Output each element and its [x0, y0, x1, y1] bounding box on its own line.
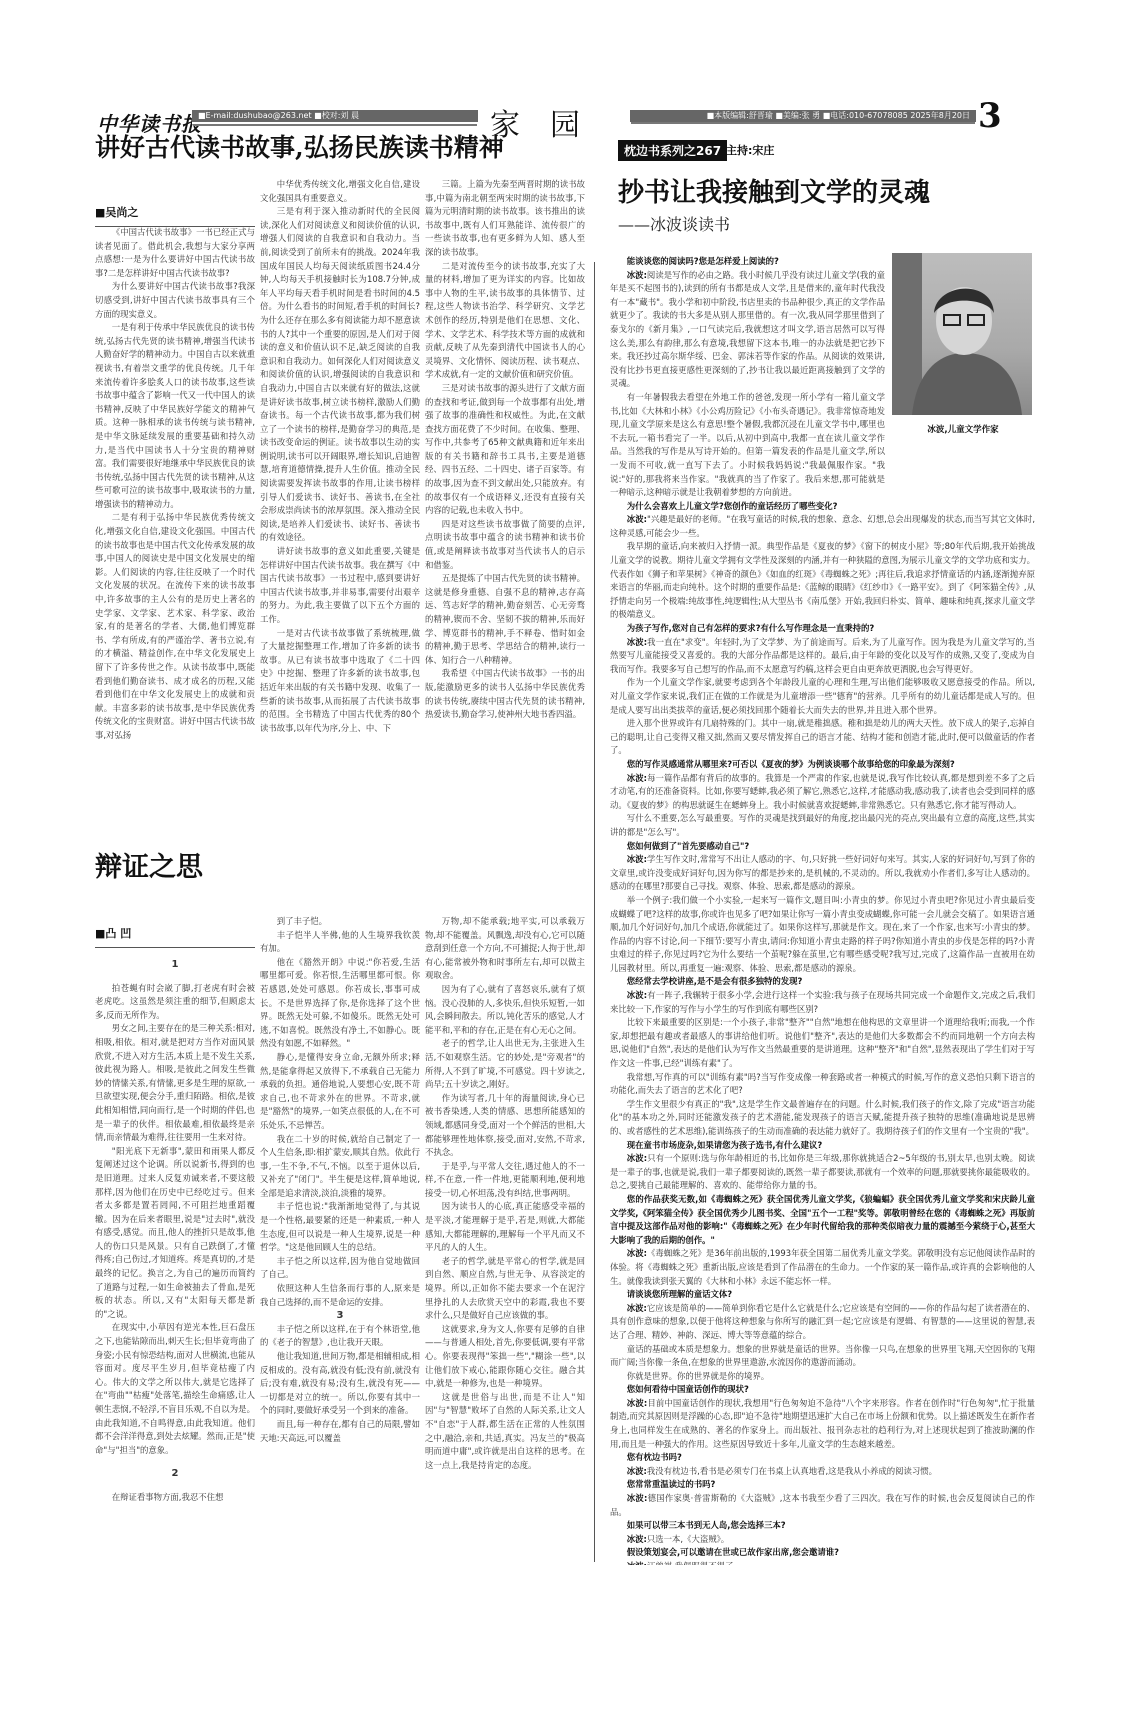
paragraph: 三篇。上篇为先秦至两晋时期的读书故事,中篇为南北朝至两宋时期的读书故事,下篇为元…	[425, 178, 585, 260]
interview-question: 为孩子写作,您对自己有怎样的要求?有什么写作理念是一直秉持的?	[610, 622, 1035, 636]
column-divider	[594, 262, 595, 1562]
speaker-label: 冰波:	[627, 270, 647, 280]
article2-column-3: 万物,却不能承载;地平实,可以承载万物,却不能覆盖。风飘逸,却没有心,它可以随意…	[425, 915, 585, 1590]
interview-question: 请谈谈您所理解的童话文体?	[610, 1288, 1035, 1302]
paragraph: "阳光底下无新事",蒙田和雨果人都反复阐述过这个论调。所以说新书,得到的也是旧道…	[95, 1145, 255, 1322]
paragraph: 丰子恺也说:"我渐渐地觉得了,与其说是一个性格,最要紧的还是一种素质,一种人生态…	[260, 1200, 420, 1254]
interview-question: 如果可以带三本书到无人岛,您会选择三本?	[610, 1519, 1035, 1533]
paragraph: 于是乎,与平常人交往,遇过他人的不一样,不在意,一件一件地,更能顺利地,便利地接…	[425, 1160, 585, 1201]
paragraph: 学生作文里很少有真正的"我",这是学生作文最普遍存在的问题。什么时候,我们孩子的…	[610, 1098, 1035, 1139]
interview-question: 您的写作灵感通常从哪里来?可否以《夏夜的梦》为例谈谈哪个故事给您的印象最为深刻?	[610, 758, 1035, 772]
masthead-editor-bar: ■本版编辑:舒晋瑜 ■美编:张 勇 ■电话:010-67078085 2025年…	[630, 110, 976, 122]
paragraph: 《中国古代读书故事》一书已经正式与读者见面了。借此机会,我想与大家分享两点感想:…	[95, 226, 255, 280]
paragraph: 我常想,写作真的可以"训练有素"吗?当写作变成像一种套路或者一种模式的时候,写作…	[610, 1071, 1035, 1098]
interview-answer: 冰波:它应该是简单的——简单到你看它是什么它就是什么;它应该是有空间的——你的作…	[610, 1302, 1035, 1343]
paragraph: 这就是世俗与出世,而是不让人"知因"与"智慧"败坏了自然的人际关系,让文人不"自…	[425, 1391, 585, 1473]
page-number: 3	[978, 96, 1002, 136]
paragraph: 拍苍蝇有时会崴了脚,打老虎有时会被老虎吃。这虽然是须注重的细节,但顾虑太多,反而…	[95, 982, 255, 1023]
article2-column-1: 1拍苍蝇有时会崴了脚,打老虎有时会被老虎吃。这虽然是须注重的细节,但顾虑太多,反…	[95, 948, 255, 1588]
article1-column-2: 中华优秀传统文化,增强文化自信,建设文化强国具有重要意义。三是有利于深入推动新时…	[260, 178, 420, 798]
section-title: 家园	[490, 100, 610, 144]
article3-headline: 抄书让我接触到文学的灵魂	[618, 172, 930, 209]
speaker-label: 冰波:	[627, 637, 647, 647]
paragraph: 作为一个儿童文学作家,就要考虑到各个年龄段儿童的心理和生理,写出他们能够吸收又愿…	[610, 676, 1035, 717]
paragraph: 他让我知道,世间万物,都是相辅相成,相反相成的。没有高,就没有低;没有前,就没有…	[260, 1350, 420, 1418]
speaker-label: 冰波:	[627, 1248, 647, 1258]
paragraph: 三是对读书故事的源头进行了文献方面的查找和考证,做到每一个故事都有出处,增强了故…	[425, 382, 585, 518]
interview-answer: 冰波:只选一本,《大盗贼》。	[610, 1533, 1035, 1547]
interview-answer: 冰波:每一篇作品都有背后的故事的。我算是一个严肃的作家,也就是说,我写作比较认真…	[610, 772, 1035, 813]
interview-question: 您如何看待中国童话创作的现状?	[610, 1383, 1035, 1397]
paragraph: 老子的哲学,就是平常心的哲学,就是回到自然、顺应自然,与世无争、从容淡定的境界。…	[425, 1255, 585, 1323]
paragraph: 丰子恺之所以这样,在于有个林语堂,他的《老子的智慧》,也让我开天眼。	[260, 1323, 420, 1350]
paragraph: 讲好读书故事的意义如此重要,关键是怎样讲好中国古代读书故事。我在撰写《中国古代读…	[260, 545, 420, 627]
article2-byline: ■凸 凹	[95, 925, 255, 948]
paragraph: 为什么要讲好中国古代读书故事?我深切感受到,讲好中国古代读书故事具有三个方面的现…	[95, 280, 255, 321]
paragraph: 进入那个世界或许有几扇特殊的门。其中一扇,就是稚拙感。稚和拙是幼儿的两大天性。放…	[610, 717, 1035, 758]
paragraph: 有一年暑假我去看望在外地工作的爸爸,发现一所小学有一箱儿童文学书,比如《大林和小…	[610, 391, 885, 500]
speaker-label: 冰波:	[627, 773, 647, 783]
paragraph: 我早期的童话,向来被归入抒情一派。典型作品是《夏夜的梦》《窗下的树皮小屋》等;8…	[610, 540, 1035, 622]
paragraph: 一是有利于传承中华民族优良的读书传统,弘扬古代先贤的读书精神,增强当代读书人勤奋…	[95, 321, 255, 511]
interview-answer: 冰波:"兴趣是最好的老师。"在我写童话的时候,我的想象、意念、幻想,总会出现爆发…	[610, 513, 1035, 540]
article2-headline: 辩证之思	[95, 845, 203, 884]
interview-question: 您如何做到了"首先要感动自己"?	[610, 840, 1035, 854]
paragraph: 这就要求,身为文人,你要有足够的自律——与普通人相处,首先,你要低调,要有平常心…	[425, 1323, 585, 1391]
paragraph: 在现实中,小草因有逆光本性,巨石盘压之下,也能钻隙而出,刺天生长;但毕竟弯曲了身…	[95, 1321, 255, 1457]
paragraph: 男女之间,主要存在的是三种关系:相对,相吸,相依。相对,就是把对方当作对面风景欣…	[95, 1022, 255, 1144]
article3-subtitle: ——冰波谈读书	[618, 212, 730, 235]
paragraph: 在辩证看事物方面,我忍不住想	[95, 1491, 255, 1505]
interview-answer: 冰波:汪曾祺,我佩服得不得了。	[610, 1560, 1035, 1565]
speaker-label: 冰波:	[627, 1153, 647, 1163]
paragraph: 比较下来最重要的区别是:一个小孩子,非常"整齐""自然"地想在他构思的文章里讲一…	[610, 1016, 1035, 1070]
paragraph: 一是对古代读书故事做了系统梳理,做了大量挖掘整理工作,增加了许多新的读书故事。从…	[260, 627, 420, 736]
speaker-label: 冰波:	[627, 1534, 647, 1544]
section-number: 1	[95, 958, 255, 972]
article2-column-2: 到了丰子恺。丰子恺半人半佛,他的人生境界我钦羡有加。他在《豁然开朗》中说:"你若…	[260, 915, 420, 1590]
interview-answer: 冰波:目前中国童话创作的现状,我想用"行色匆匆迫不急待"八个字来形容。作者在创作…	[610, 1397, 1035, 1451]
interview-question: 您经常去学校讲座,是不是会有很多独特的发现?	[610, 975, 1035, 989]
section-number: 2	[95, 1467, 255, 1481]
interview-answer: 冰波:我没有枕边书,看书是必须专门在书桌上认真地看,这是我从小养成的阅读习惯。	[610, 1465, 1035, 1479]
paragraph: 写什么不重要,怎么写最重要。写作的灵魂是找到最好的角度,挖出最闪光的亮点,突出最…	[610, 812, 1035, 839]
interview-answer: 冰波:学生写作文时,常常写不出让人感动的字、句,只好挑一些好词好句来写。其实,人…	[610, 853, 1035, 894]
paragraph: 因为有了心,就有了喜怒哀乐,就有了烦恼。没心没肺的人,多快乐,但快乐短暂,一如风…	[425, 983, 585, 1037]
article1-headline: 讲好古代读书故事,弘扬民族读书精神	[95, 128, 504, 164]
interview-question: 您常常重温读过的书吗?	[610, 1478, 1035, 1492]
speaker-label: 冰波:	[627, 514, 647, 524]
host-label: 主持:宋庄	[726, 142, 774, 158]
interview-question: 能谈谈您的阅读吗?您是怎样爱上阅读的?	[610, 255, 885, 269]
interview-answer: 冰波:《毒蜘蛛之死》是36年前出版的,1993年获全国第二届优秀儿童文学奖。郭敬…	[610, 1247, 1035, 1288]
interview-answer: 冰波:我一直在"求变"。年轻时,为了文学梦、为了前途而写。后来,为了儿童写作。因…	[610, 636, 1035, 677]
speaker-label: 冰波:	[627, 1398, 647, 1408]
speaker-label: 冰波:	[627, 1493, 648, 1503]
series-label: 枕边书系列之267	[618, 140, 727, 161]
section-number: 3	[260, 1309, 420, 1323]
interview-question: 您有枕边书吗?	[610, 1451, 1035, 1465]
paragraph: 三是有利于深入推动新时代的全民阅读,深化人们对阅读意义和阅读价值的认识,增强人们…	[260, 205, 420, 545]
paragraph: 我在二十岁的时候,就给自己制定了一个人生信条,即:相扩蒙安,顺其自然。依此行事,…	[260, 1133, 420, 1201]
paragraph: 你就是世界。你的世界就是你的境界。	[610, 1370, 1035, 1384]
interview-answer: 冰波:德国作家奥·普雷斯勒的《大盗贼》,这本书我至少看了三四次。我在写作的时候,…	[610, 1492, 1035, 1519]
interview-question: 现在童书市场庞杂,如果请您为孩子选书,有什么建议?	[610, 1139, 1035, 1153]
interview-answer: 冰波:阅读是写作的必由之路。我小时候几乎没有读过儿童文学(我的童年是买不起图书的…	[610, 269, 885, 391]
paragraph: 因为读书人的心底,真正能感受幸福的是平淡,才能理解于是乎,若是,则就,大都能感知…	[425, 1200, 585, 1254]
paragraph: 二是有利于弘扬中华民族优秀传统文化,增强文化自信,建设文化强国。中国古代的读书故…	[95, 511, 255, 742]
interview-answer: 冰波:有一阵子,我辗转于很多小学,会进行这样一个实验:我与孩子在现场共同完成一个…	[610, 989, 1035, 1016]
article1-column-1: 《中国古代读书故事》一书已经正式与读者见面了。借此机会,我想与大家分享两点感想:…	[95, 226, 255, 796]
interview-question: 您的作品获奖无数,如《毒蜘蛛之死》获全国优秀儿童文学奖,《狼蝙蝠》获全国优秀儿童…	[610, 1193, 1035, 1247]
paragraph: 万物,却不能承载;地平实,可以承载万物,却不能覆盖。风飘逸,却没有心,它可以随意…	[425, 915, 585, 983]
paragraph: 而且,每一种存在,都有自己的局限,譬如天地:天高远,可以覆盖	[260, 1418, 420, 1445]
interview-body: 能谈谈您的阅读吗?您是怎样爱上阅读的?冰波:阅读是写作的必由之路。我小时候几乎没…	[610, 255, 1035, 1565]
paragraph: 到了丰子恺。	[260, 915, 420, 929]
masthead-contact-bar: ■E-mail:dushubao@263.net ■校对:刘 晨	[192, 110, 478, 124]
paragraph: 静心,是懂得安身立命,无额外所求;释然,是能拿得起又放得下,不承载自己无能力承载…	[260, 1051, 420, 1133]
paragraph: 童话的基础或本质是想象力。想象的世界就是童话的世界。当你像一只鸟,在想象的世界里…	[610, 1343, 1035, 1370]
paragraph: 四是对这些读书故事做了简要的点评,点明读书故事中蕴含的读书精神和读书价值,或是阐…	[425, 518, 585, 572]
speaker-label: 冰波:	[627, 990, 647, 1000]
paragraph: 二是对流传至今的读书故事,充实了大量的材料,增加了更为详实的内容。比如故事中人物…	[425, 260, 585, 382]
paragraph: 依照这种人生信条而行事的人,原来是我自己选择的,而不是命运的安排。	[260, 1282, 420, 1309]
paragraph: 丰子恺半人半佛,他的人生境界我钦羡有加。	[260, 929, 420, 956]
paragraph: 我希望《中国古代读书故事》一书的出版,能激励更多的读书人弘扬中华民族优秀的读书传…	[425, 667, 585, 721]
paragraph: 中华优秀传统文化,增强文化自信,建设文化强国具有重要意义。	[260, 178, 420, 205]
speaker-label: 冰波:	[627, 1303, 647, 1313]
paragraph: 老子的哲学,让人出世无为,主张进入生活,不如观察生活。它的妙处,是"旁观者"的所…	[425, 1037, 585, 1091]
article1-byline: ■吴尚之	[95, 204, 255, 227]
paragraph: 举一个例子:我们做一个小实验,一起来写一篇作文,题目叫:小青虫的梦。你见过小青虫…	[610, 894, 1035, 976]
paragraph: 五是提炼了中国古代先贤的读书精神。这就是修身重德、自强不息的精神,志存高远、笃志…	[425, 572, 585, 667]
speaker-label: 冰波:	[627, 854, 647, 864]
interview-answer: 冰波:只有一个原则:选与你年龄相近的书,比如你是三年级,那你就挑适合2~5年级的…	[610, 1152, 1035, 1193]
speaker-label: 冰波:	[627, 1561, 647, 1565]
interview-question: 假设策划宴会,可以邀请在世或已故作家出席,您会邀请谁?	[610, 1546, 1035, 1560]
speaker-label: 冰波:	[627, 1466, 647, 1476]
article1-column-3: 三篇。上篇为先秦至两晋时期的读书故事,中篇为南北朝至两宋时期的读书故事,下篇为元…	[425, 178, 585, 798]
interview-question: 为什么会喜欢上儿童文学?您创作的童话经历了哪些变化?	[610, 500, 1035, 514]
paragraph: 作为读写者,几十年的海量阅读,身心已被书香染透,人类的情感、思想所能感知的领域,…	[425, 1092, 585, 1160]
paragraph: 丰子恺之所以这样,因为他自觉地做回了自己。	[260, 1255, 420, 1282]
paragraph: 他在《豁然开朗》中说:"你若爱,生活哪里都可爱。你若恨,生活哪里都可恨。你若感恩…	[260, 956, 420, 1051]
